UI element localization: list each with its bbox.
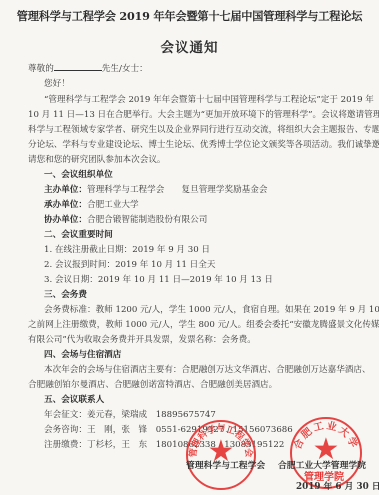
section-heading-fees: 三、会务费 [44,289,374,301]
host-label: 主办单位： [44,185,87,195]
section-heading-organizers: 一、会议组织单位 [44,169,374,181]
intro-line: 请您和您的研究团队参加本次会议。 [28,154,358,166]
salutation-prefix: 尊敬的 [28,64,54,74]
venue-line: 本次年会的会场与住宿酒店主要有：合肥融创万达文华酒店、合肥融创万达嘉华酒店、 [44,364,358,376]
name-blank [54,62,102,71]
notice-document: 管理科学与工程学会 2019 年年会暨第十七届中国管理科学与工程论坛 会议通知 … [0,0,379,495]
fees-line: 会务费标准：教师 1200 元/人，学生 1000 元/人，食宿自理。如果在 2… [44,304,358,316]
date-item: 3. 会议日期：2019 年 10 月 11 日—2019 年 10 月 13 … [44,274,374,286]
undertaker-row: 承办单位：合肥工业大学 [44,199,374,211]
intro-line: 科学与工程领域专家学者、研究生以及企业界同行进行互动交流，将组织大会主题报告、专… [28,124,358,136]
co-organizer-label: 协办单位： [44,215,87,225]
undertaker-label: 承办单位： [44,200,87,210]
host-value: 管理科学与工程学会 复旦管理学奖励基金会 [87,185,267,195]
date-item: 2. 会议报到时间：2019 年 10 月 11 日全天 [44,259,374,271]
venue-line: 合肥融创铂尔曼酒店、合肥融创诺富特酒店、合肥融创美居酒店。 [28,379,358,391]
salutation: 尊敬的先生/女士： [28,62,358,75]
section-heading-contacts: 五、会议联系人 [44,394,374,406]
fees-line: 有限公司”代为收取会务费并开具发票，发票名称：会务费。 [28,334,358,346]
section-heading-dates: 二、会议重要时间 [44,229,374,241]
document-subtitle: 会议通知 [0,36,379,56]
signature-org1: 管理科学与工程学会 [186,458,265,471]
signature-date: 2019 年 6 月 30 日 [296,479,379,492]
salutation-suffix: 先生/女士： [102,64,148,74]
intro-line: 10 月 11 日—13 日在合肥举行。大会主题为“更加开放环境下的管理科学”。… [28,109,358,121]
seal-society: 管理科学与工程学会 ★ [186,420,256,490]
co-organizer-row: 协办单位：合肥合锻智能制造股份有限公司 [44,214,374,226]
undertaker-value: 合肥工业大学 [87,200,139,210]
co-organizer-value: 合肥合锻智能制造股份有限公司 [87,215,207,225]
document-title: 管理科学与工程学会 2019 年年会暨第十七届中国管理科学与工程论坛 [0,8,379,24]
fees-line: 之前网上注册缴费，教师 1000 元/人，学生 800 元/人。组委会委托“安徽… [28,319,358,331]
date-item: 1. 在线注册截止日期：2019 年 9 月 30 日 [44,244,374,256]
intro-line: 分论坛、学科与专业建设论坛、博士生论坛、优秀博士学位论文颁奖等各项活动。我们诚挚… [28,139,358,151]
host-row: 主办单位：管理科学与工程学会 复旦管理学奖励基金会 [44,184,374,196]
signature-org2: 合肥工业大学管理学院 [278,458,366,471]
section-heading-venue: 四、会场与住宿酒店 [44,349,374,361]
greeting: 您好！ [44,78,374,90]
intro-line: “管理科学与工程学会 2019 年年会暨第十七届中国管理科学与工程论坛”定于 2… [44,94,358,106]
